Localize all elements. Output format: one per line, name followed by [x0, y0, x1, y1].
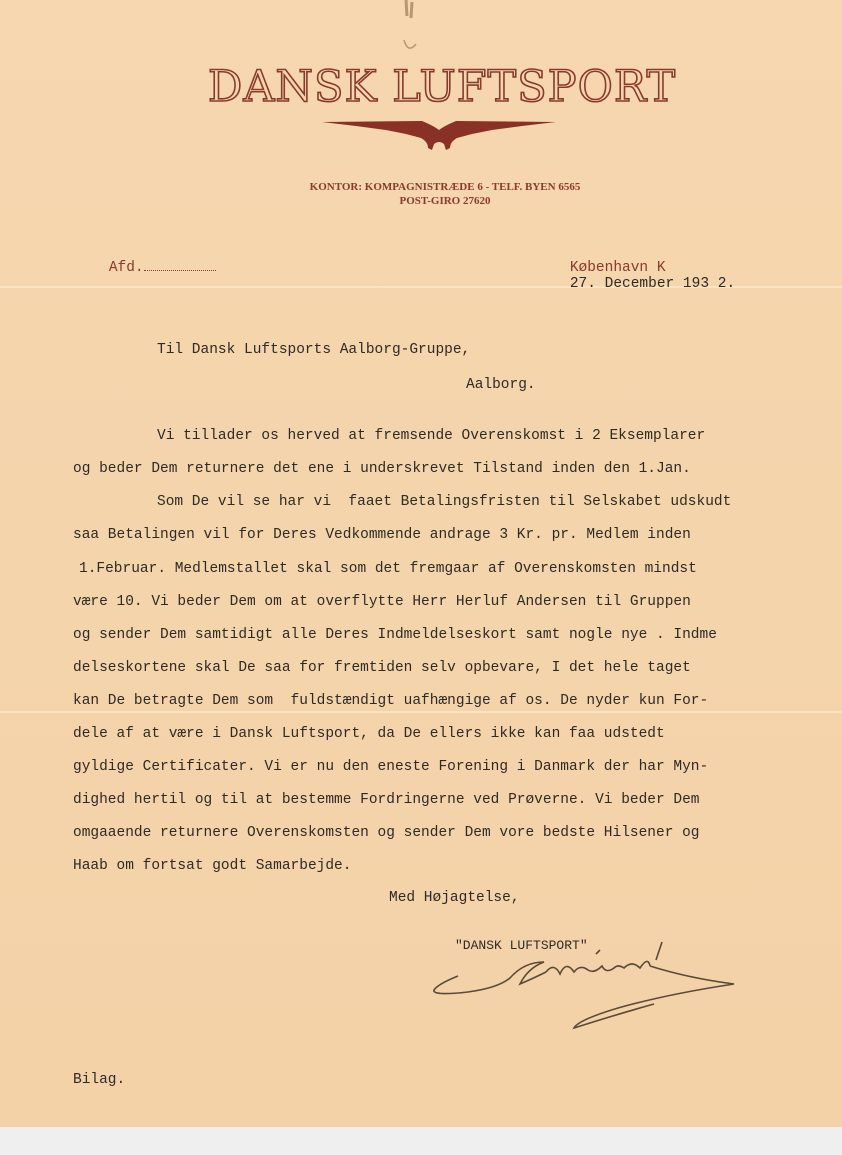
body-line: dighed hertil og til at bestemme Fordrin…	[73, 792, 700, 808]
body-line: saa Betalingen vil for Deres Vedkommende…	[73, 527, 691, 543]
body-line: 1.Februar. Medlemstallet skal som det fr…	[79, 561, 697, 577]
body-line: Som De vil se har vi faaet Betalingsfris…	[157, 494, 731, 510]
paper-fold-line	[0, 711, 842, 713]
staple-mark-icon	[398, 0, 422, 56]
body-line: og beder Dem returnere det ene i undersk…	[73, 461, 691, 477]
place-label: København K	[570, 260, 666, 276]
handwritten-signature-icon	[428, 938, 768, 1038]
closing-salutation: Med Højagtelse,	[389, 890, 520, 906]
body-line: være 10. Vi beder Dem om at overflytte H…	[73, 594, 691, 610]
body-line: Haab om fortsat godt Samarbejde.	[73, 858, 351, 874]
body-line: omgaaende returnere Overenskomsten og se…	[73, 825, 700, 841]
department-blank-line	[144, 260, 216, 271]
recipient-line: Til Dansk Luftsports Aalborg-Gruppe,	[157, 342, 470, 358]
enclosure-note: Bilag.	[73, 1072, 125, 1088]
body-line: og sender Dem samtidigt alle Deres Indme…	[73, 627, 717, 643]
body-line: delseskortene skal De saa for fremtiden …	[73, 660, 691, 676]
eagle-wings-emblem-icon	[322, 118, 556, 156]
post-giro-number: POST-GIRO 27620	[235, 195, 655, 207]
recipient-city: Aalborg.	[466, 377, 536, 393]
organization-name: DANSK LUFTSPORT	[197, 62, 687, 112]
body-line: dele af at være i Dansk Luftsport, da De…	[73, 726, 665, 742]
place-date-line: København K 27. December 193 2.	[535, 244, 735, 308]
body-line: gyldige Certificater. Vi er nu den enest…	[73, 759, 708, 775]
body-line: kan De betragte Dem som fuldstændigt uaf…	[73, 693, 708, 709]
body-line: Vi tillader os herved at fremsende Overe…	[157, 428, 705, 444]
letter-page: DANSK LUFTSPORT KONTOR: KOMPAGNISTRÆDE 6…	[0, 0, 842, 1127]
department-field: Afd.	[74, 244, 216, 292]
department-label: Afd.	[109, 260, 144, 276]
office-address: KONTOR: KOMPAGNISTRÆDE 6 - TELF. BYEN 65…	[235, 181, 655, 193]
letter-date: 27. December 193 2.	[570, 276, 735, 292]
